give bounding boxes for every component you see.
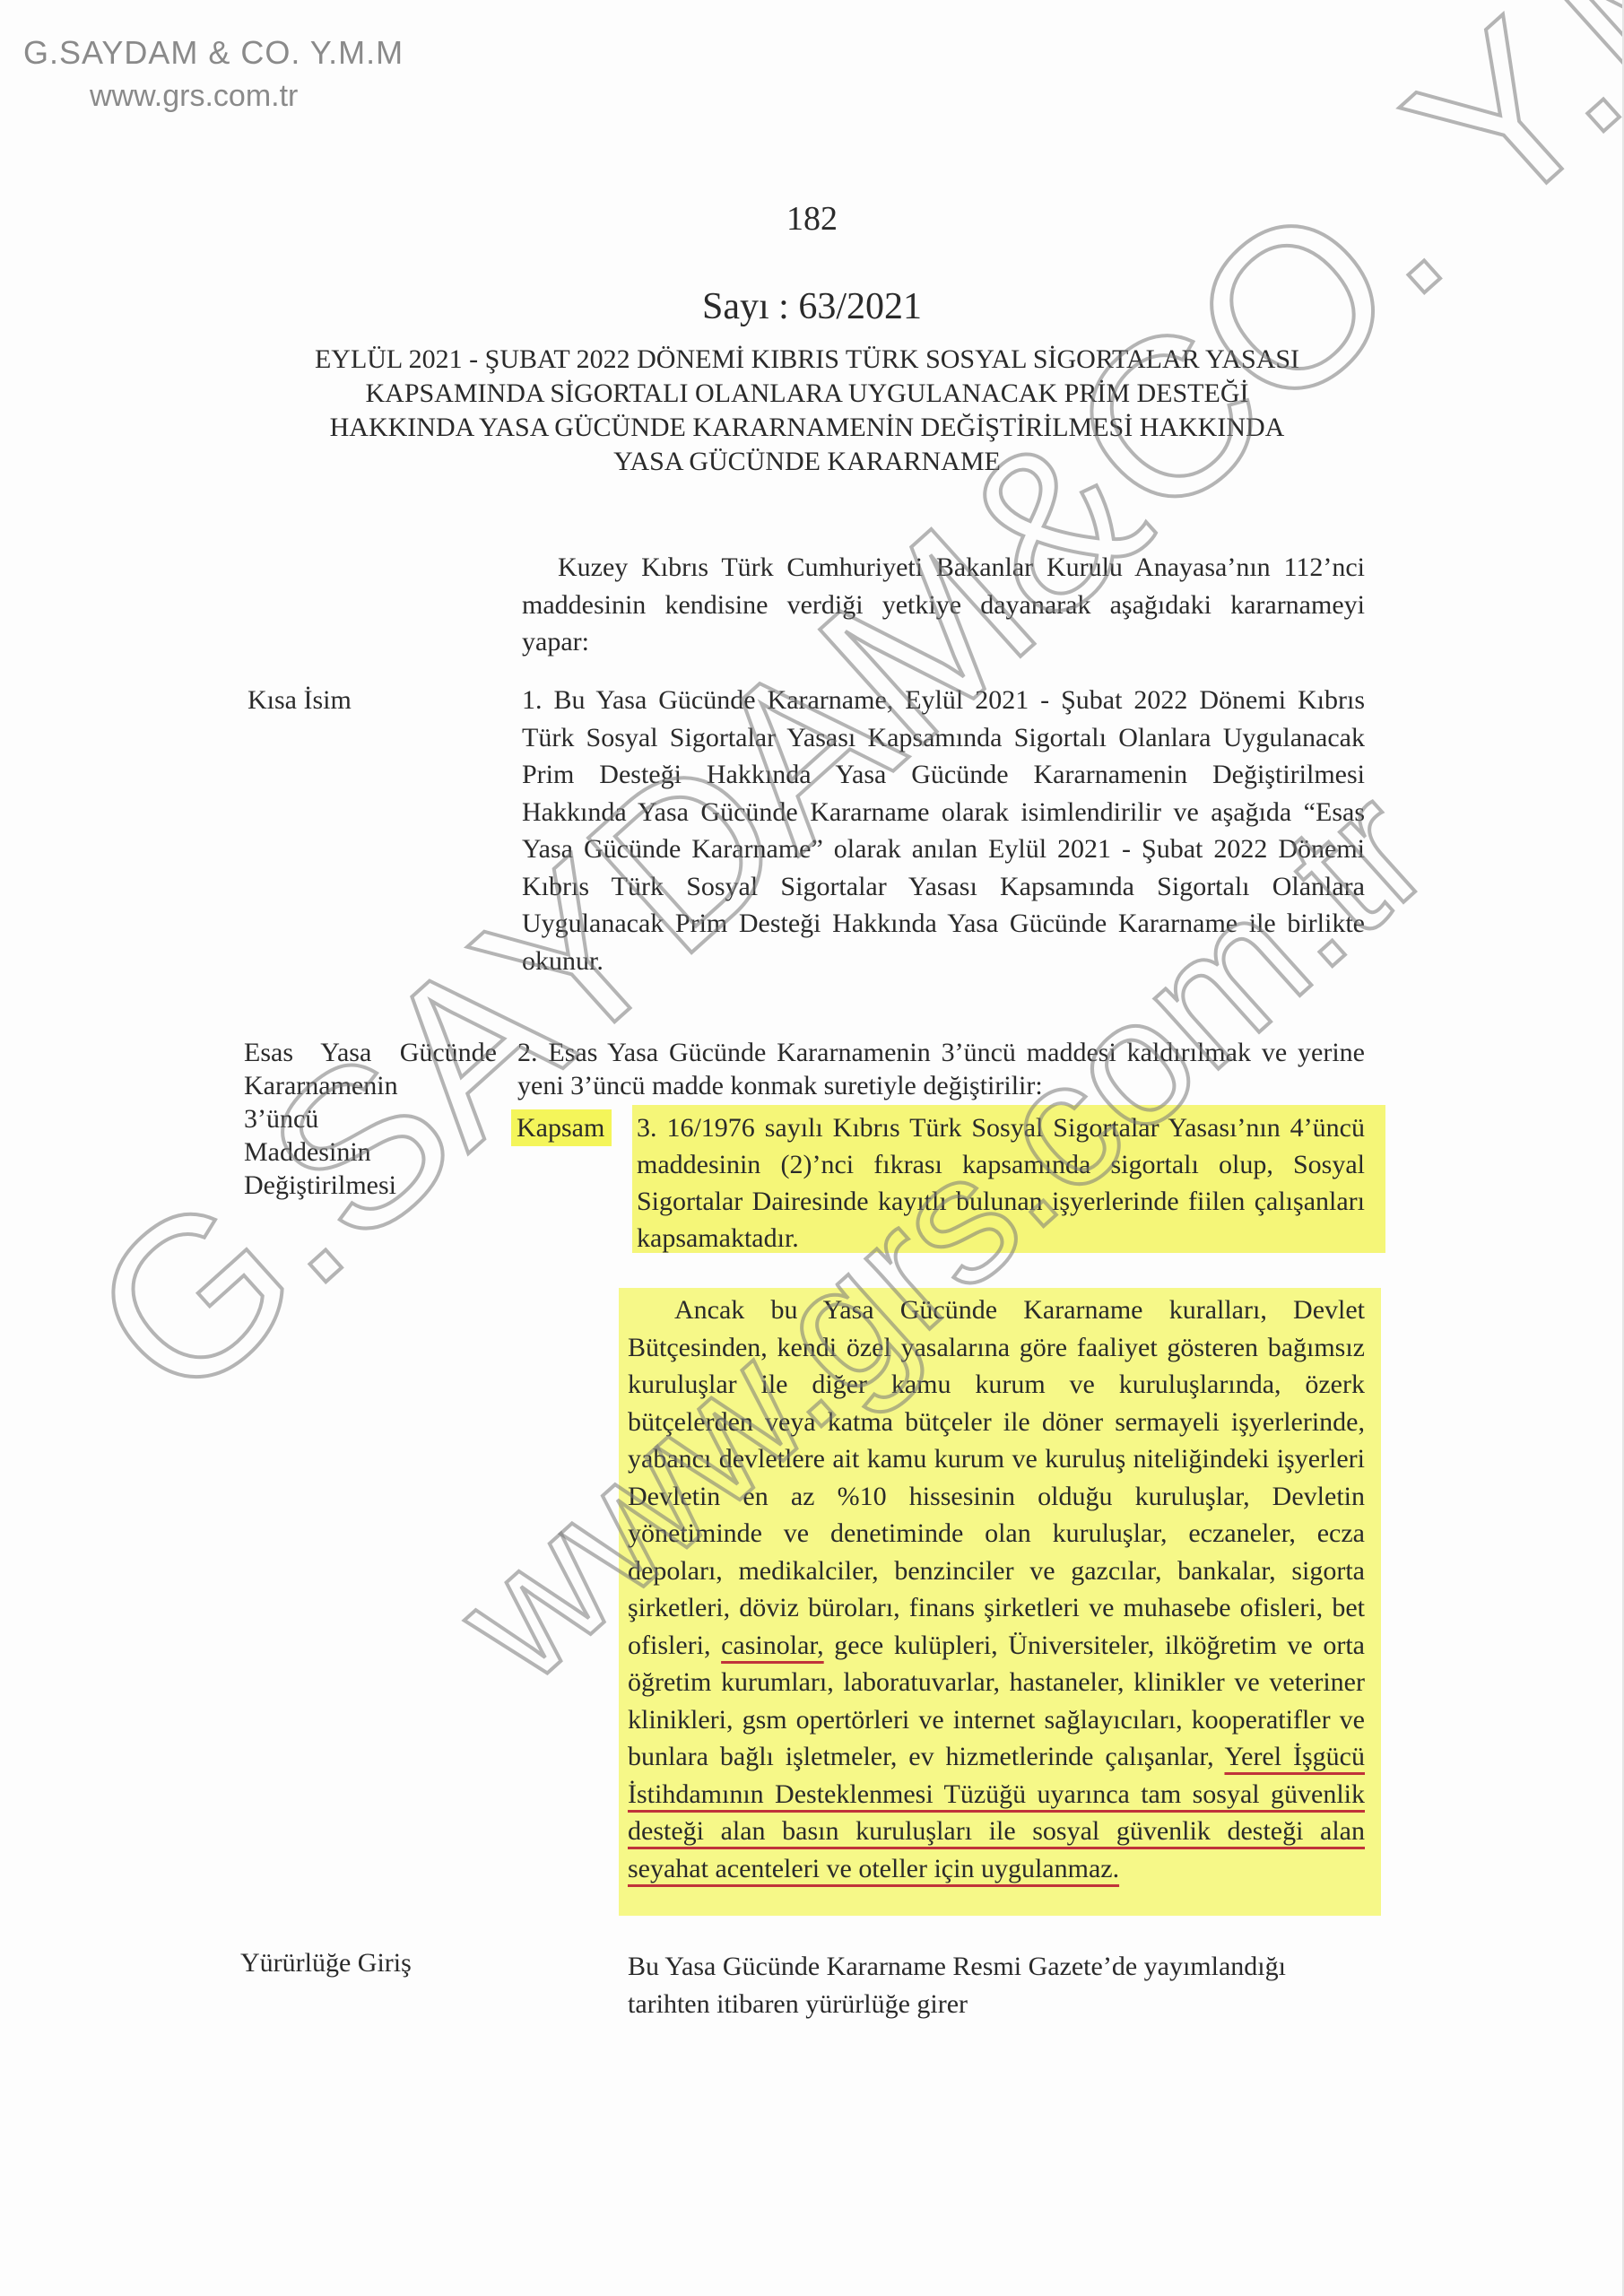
title-line: KAPSAMINDA SİGORTALI OLANLARA UYGULANACA… bbox=[224, 377, 1390, 411]
entry-into-force-text: Bu Yasa Gücünde Kararname Resmi Gazete’d… bbox=[628, 1948, 1365, 2022]
title-line: YASA GÜCÜNDE KARARNAME bbox=[224, 445, 1390, 479]
margin-label-line: Esas Yasa Gücünde bbox=[244, 1036, 497, 1069]
exception-text: Ancak bu Yasa Gücünde Kararname kurallar… bbox=[628, 1295, 1365, 1660]
title-line: HAKKINDA YASA GÜCÜNDE KARARNAMENİN DEĞİŞ… bbox=[224, 411, 1390, 445]
margin-label-line: Maddesinin bbox=[244, 1135, 497, 1169]
margin-label-short-title: Kısa İsim bbox=[248, 682, 352, 719]
page-number: 182 bbox=[0, 199, 1624, 239]
margin-label-line: 3’üncü bbox=[244, 1102, 497, 1135]
firm-website-stamp: www.grs.com.tr bbox=[90, 79, 298, 114]
margin-label-line: Değiştirilmesi bbox=[244, 1169, 497, 1202]
section-2-text: 2. Esas Yasa Gücünde Kararnamenin 3’üncü… bbox=[517, 1036, 1365, 1102]
title-line: EYLÜL 2021 - ŞUBAT 2022 DÖNEMİ KIBRIS TÜ… bbox=[224, 343, 1390, 377]
margin-label-scope: Kapsam bbox=[511, 1109, 612, 1146]
underlined-casinolar: casinolar, bbox=[721, 1631, 824, 1660]
issue-number: Sayı : 63/2021 bbox=[0, 285, 1624, 328]
preamble: Kuzey Kıbrıs Türk Cumhuriyeti Bakanlar K… bbox=[522, 549, 1365, 661]
document-title: EYLÜL 2021 - ŞUBAT 2022 DÖNEMİ KIBRIS TÜ… bbox=[224, 343, 1390, 479]
margin-label-entry-into-force: Yürürlüğe Giriş bbox=[240, 1948, 412, 1979]
exception-paragraph: Ancak bu Yasa Gücünde Kararname kurallar… bbox=[628, 1291, 1365, 1887]
margin-label-line: Kararnamenin bbox=[244, 1069, 497, 1102]
margin-label-amendment: Esas Yasa Gücünde Kararnamenin 3’üncü Ma… bbox=[244, 1036, 497, 1202]
section-1-text: 1. Bu Yasa Gücünde Kararname, Eylül 2021… bbox=[522, 682, 1365, 979]
firm-stamp: G.SAYDAM & CO. Y.M.M bbox=[23, 34, 404, 72]
section-3-text: 3. 16/1976 sayılı Kıbrıs Türk Sosyal Sig… bbox=[637, 1109, 1365, 1257]
